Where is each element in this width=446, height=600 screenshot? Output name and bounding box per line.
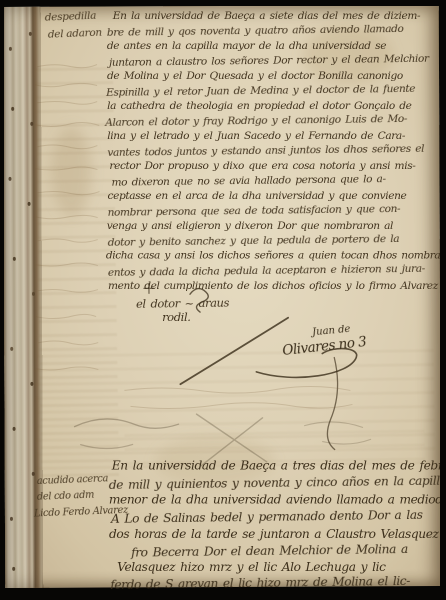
- manuscript-line: dicha casa y ansi los dichos señores a q…: [106, 250, 446, 262]
- manuscript-line: de Molina y el Dor Quesada y el doctor B…: [107, 70, 403, 82]
- manuscript-line: Velasquez hizo mrz y el lic Alo Lechuga …: [117, 560, 385, 574]
- manuscript-line: lina y el letrado y el Juan Sacedo y el …: [107, 130, 405, 142]
- gutter-speck: [9, 47, 12, 51]
- scan-border-bottom: [0, 586, 446, 600]
- gutter-speck: [29, 32, 32, 36]
- manuscript-line: rector Dor propuso y dixo que era cosa n…: [109, 160, 415, 172]
- margin-note-top-line1: despedilla: [45, 10, 97, 24]
- manuscript-line: Alarcon el dotor y fray Rodrigo y el can…: [105, 113, 407, 129]
- manuscript-line: dos horas de la tarde se juntaron a Clau…: [109, 527, 439, 541]
- manuscript-line: menor de la dha universidad aviendo llam…: [109, 493, 446, 507]
- manuscript-line: mo dixeron que no se avia hallado person…: [111, 173, 385, 189]
- manuscript-page: despedilla del adaron En la universidad …: [3, 5, 442, 588]
- manuscript-line: ceptasse en el arca de la dha universida…: [108, 190, 407, 202]
- manuscript-line: En la universidad de Baeça a siete dias …: [113, 10, 420, 22]
- margin-note-bottom-line1: acudido acerca: [37, 473, 109, 487]
- manuscript-line: de mill y quinientos y noventa y cinco a…: [109, 474, 446, 492]
- manuscript-line: vantes todos juntos y estando ansi junto…: [107, 143, 424, 159]
- scan-border-left: [0, 0, 4, 600]
- manuscript-line: En la universidad de Baeça a tres dias d…: [112, 459, 446, 473]
- margin-note-top-line2: del adaron: [48, 27, 102, 41]
- margin-note-bottom-line2: del cdo adm: [37, 490, 95, 503]
- manuscript-line: la cathedra de theologia en propiedad el…: [107, 100, 411, 112]
- scan-border-right: [440, 0, 446, 600]
- manuscript-line: entos y dada la dicha pedula la aceptaro…: [108, 263, 425, 279]
- manuscript-line: fro Becerra Dor el dean Melchior de Moli…: [131, 542, 408, 560]
- manuscript-closing-line: rodil.: [162, 310, 190, 324]
- scanned-manuscript-photo: despedilla del adaron En la universidad …: [0, 0, 446, 600]
- manuscript-line: Espinilla y el retor Juan de Medina y el…: [106, 83, 415, 99]
- scan-border-top: [0, 0, 446, 6]
- paper-stain: [51, 127, 91, 217]
- manuscript-line: mento del cumplimiento de los dichos ofi…: [108, 280, 438, 292]
- manuscript-line: venga y ansi eligieron y dixeron Dor que…: [107, 220, 393, 232]
- manuscript-line: nombrar persona que sea de toda satisfac…: [108, 203, 401, 219]
- manuscript-line: A Lo de Salinas bedel y permanado dento …: [111, 508, 423, 526]
- manuscript-closing-line: el dotor ~ araus: [136, 296, 229, 311]
- manuscript-line: dotor y benito sanchez y que la pedula d…: [108, 233, 400, 249]
- manuscript-line: de antes en la capilla mayor de la dha u…: [107, 40, 386, 52]
